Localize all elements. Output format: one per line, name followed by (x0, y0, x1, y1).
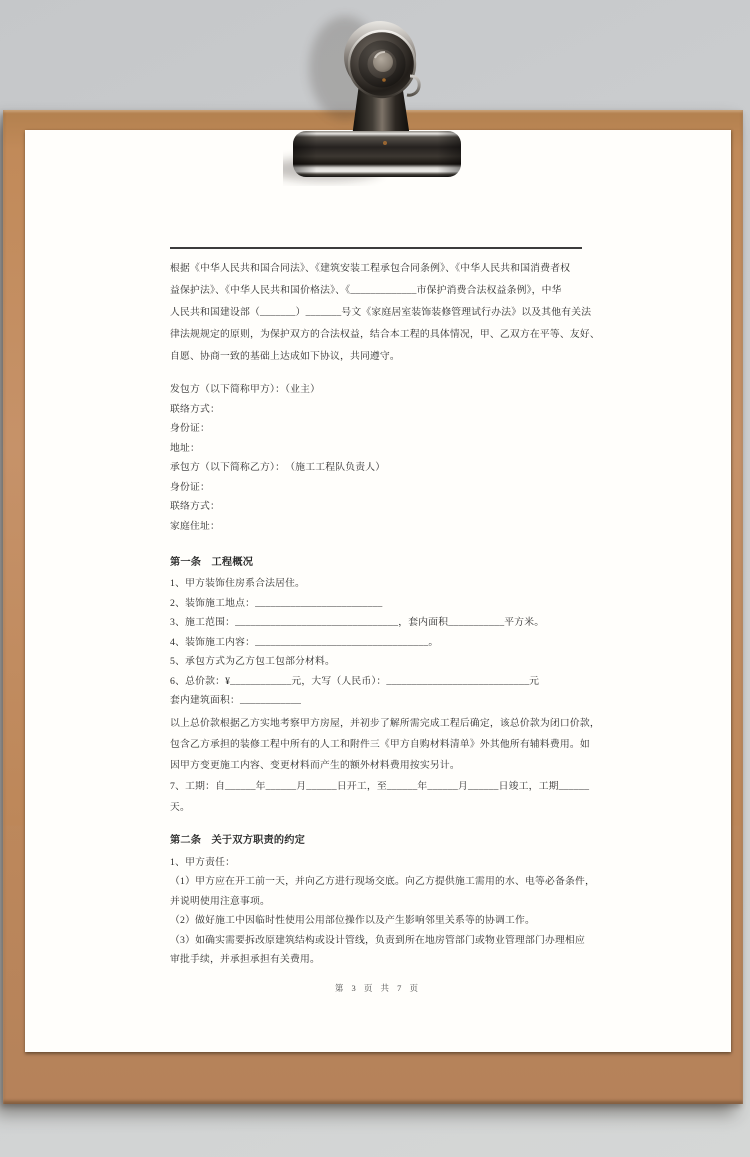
contract-body: 根据《中华人民共和国合同法》、《建筑安装工程承包合同条例》、《中华人民共和国消费… (170, 247, 584, 970)
party-id-line: 身份证： (170, 478, 584, 498)
text-line: 并说明使用注意事项。 (170, 892, 584, 912)
price-note: 以上总价款根据乙方实地考察甲方房屋，并初步了解所需完成工程后确定，该总价款为闭口… (170, 713, 584, 818)
section-2-body: 1、甲方责任： （1）甲方应在开工前一天，并向乙方进行现场交底。向乙方提供施工需… (170, 853, 584, 970)
party-contact-line: 联络方式： (170, 497, 584, 517)
text-line: （2）做好施工中因临时性使用公用部位操作以及产生影响邻里关系等的协调工作。 (170, 911, 584, 931)
text-line: 自愿、协商一致的基础上达成如下协议，共同遵守。 (170, 346, 584, 368)
text-line: 4、装饰施工内容：_______________________________… (170, 633, 584, 653)
text-line: 益保护法》、《中华人民共和国价格法》、《_____________市保护消费合法… (170, 280, 584, 302)
text-line: （1）甲方应在开工前一天，并向乙方进行现场交底。向乙方提供施工需用的水、电等必备… (170, 872, 584, 892)
contract-intro: 根据《中华人民共和国合同法》、《建筑安装工程承包合同条例》、《中华人民共和国消费… (170, 258, 584, 368)
text-line: （3）如确实需要拆改原建筑结构或设计管线，负责到所在地房管部门或物业管理部门办理… (170, 931, 584, 951)
clip-orange-fleck (382, 78, 386, 82)
party-contact-line: 联络方式： (170, 400, 584, 420)
page-number: 第 3 页 共 7 页 (25, 982, 731, 994)
clipboard-surface: 根据《中华人民共和国合同法》、《建筑安装工程承包合同条例》、《中华人民共和国消费… (3, 110, 743, 1104)
section-2-heading: 第二条 关于双方职责的约定 (170, 831, 584, 851)
party-home-address-line: 家庭住址： (170, 517, 584, 537)
section-1-heading: 第一条 工程概况 (170, 553, 584, 573)
section-1-body: 1、甲方装饰住房系合法居住。 2、装饰施工地点：________________… (170, 574, 584, 711)
clip-bar-end-shading (293, 131, 461, 177)
scene: 根据《中华人民共和国合同法》、《建筑安装工程承包合同条例》、《中华人民共和国消费… (0, 0, 750, 1157)
text-line: 5、承包方式为乙方包工包部分材料。 (170, 652, 584, 672)
text-line: 律法规规定的原则，为保护双方的合法权益，结合本工程的具体情况，甲、乙双方在平等、… (170, 324, 584, 346)
text-line: 人民共和国建设部（_______）_______号文《家庭居室装饰装修管理试行办… (170, 302, 584, 324)
text-line: 包含乙方承担的装修工程中所有的人工和附件三《甲方自购材料清单》外其他所有辅料费用… (170, 734, 584, 755)
party-info: 发包方（以下简称甲方）：（业主） 联络方式： 身份证： 地址： 承包方（以下简称… (170, 380, 584, 536)
text-line: 1、甲方责任： (170, 853, 584, 873)
clip-neck-fleck (383, 141, 387, 145)
text-line: 2、装饰施工地点：_________________________ (170, 594, 584, 614)
text-line: 套内建筑面积：____________ (170, 691, 584, 711)
text-line: 7、工期：自______年______月______日开工，至______年__… (170, 776, 584, 797)
text-line: 根据《中华人民共和国合同法》、《建筑安装工程承包合同条例》、《中华人民共和国消费… (170, 258, 584, 280)
text-line: 1、甲方装饰住房系合法居住。 (170, 574, 584, 594)
binder-clip-icon (283, 6, 473, 186)
text-line: 以上总价款根据乙方实地考察甲方房屋，并初步了解所需完成工程后确定，该总价款为闭口… (170, 713, 584, 734)
text-line: 审批手续，并承担承担有关费用。 (170, 950, 584, 970)
party-address-line: 地址： (170, 439, 584, 459)
party-employer-line: 发包方（以下简称甲方）：（业主） (170, 380, 584, 400)
party-contractor-line: 承包方（以下简称乙方）： （施工工程队负责人） (170, 458, 584, 478)
top-rule (170, 247, 582, 249)
text-line: 天。 (170, 797, 584, 818)
text-line: 6、总价款：¥____________元，大写（人民币）：___________… (170, 672, 584, 692)
paper-sheet: 根据《中华人民共和国合同法》、《建筑安装工程承包合同条例》、《中华人民共和国消费… (25, 130, 731, 1052)
party-id-line: 身份证： (170, 419, 584, 439)
text-line: 因甲方变更施工内容、变更材料而产生的额外材料费用按实另计。 (170, 755, 584, 776)
text-line: 3、施工范围：________________________________，… (170, 613, 584, 633)
